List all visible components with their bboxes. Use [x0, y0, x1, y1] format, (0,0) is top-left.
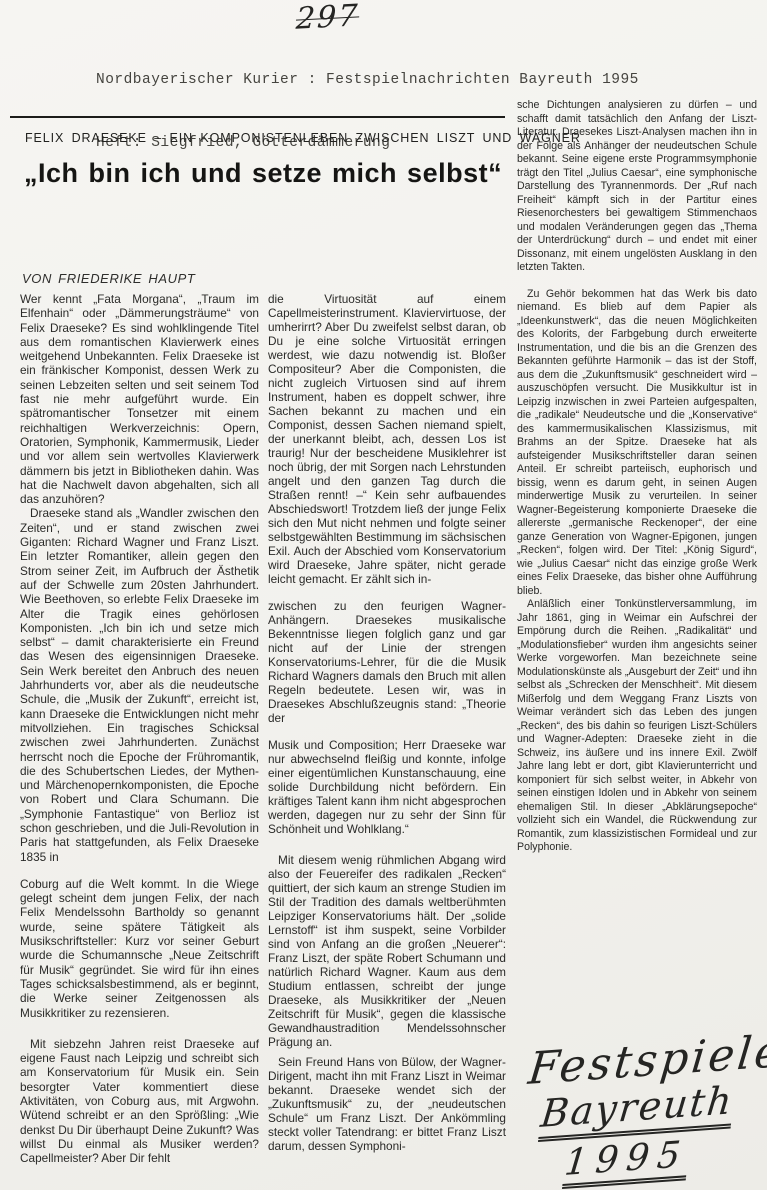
article-kicker: FELIX DRAESEKE – EIN KOMPONISTENLEBEN ZW…: [25, 131, 507, 145]
handwritten-note-year: 1995: [562, 1134, 690, 1189]
article-column-3: sche Dichtungen analysieren zu dürfen – …: [517, 99, 757, 855]
body-paragraph: sche Dichtungen analysieren zu dürfen – …: [517, 99, 757, 275]
body-paragraph: Coburg auf die Welt kommt. In die Wiege …: [20, 877, 259, 1020]
body-paragraph: Sein Freund Hans von Bülow, der Wagner-D…: [268, 1055, 506, 1153]
body-paragraph: Musik und Composition; Herr Draeseke war…: [268, 738, 506, 836]
body-paragraph: die Virtuosität auf einem Capellmeisteri…: [268, 292, 506, 586]
body-paragraph: Wer kennt „Fata Morgana“, „Traum im Elfe…: [20, 292, 259, 506]
body-paragraph: Anläßlich einer Tonkünstlerversammlung, …: [517, 598, 757, 855]
article-headline: „Ich bin ich und setze mich selbst“: [24, 158, 506, 189]
source-header-line1: Nordbayerischer Kurier : Festspielnachri…: [96, 70, 639, 91]
body-paragraph: Mit siebzehn Jahren reist Draeseke auf e…: [20, 1037, 259, 1166]
body-paragraph: zwischen zu den feurigen Wagner-Anhänger…: [268, 599, 506, 725]
article-column-1: Wer kennt „Fata Morgana“, „Traum im Elfe…: [20, 292, 259, 1166]
article-column-2: die Virtuosität auf einem Capellmeisteri…: [268, 292, 506, 1153]
body-paragraph: Draeseke stand als „Wandler zwischen den…: [20, 506, 259, 863]
body-paragraph: Zu Gehör bekommen hat das Werk bis dato …: [517, 288, 757, 599]
scanned-article-page: 297 Nordbayerischer Kurier : Festspielna…: [0, 0, 767, 1190]
article-byline: VON FRIEDERIKE HAUPT: [22, 271, 195, 286]
horizontal-rule: [10, 116, 505, 118]
body-paragraph: Mit diesem wenig rühmlichen Abgang wird …: [268, 853, 506, 1049]
